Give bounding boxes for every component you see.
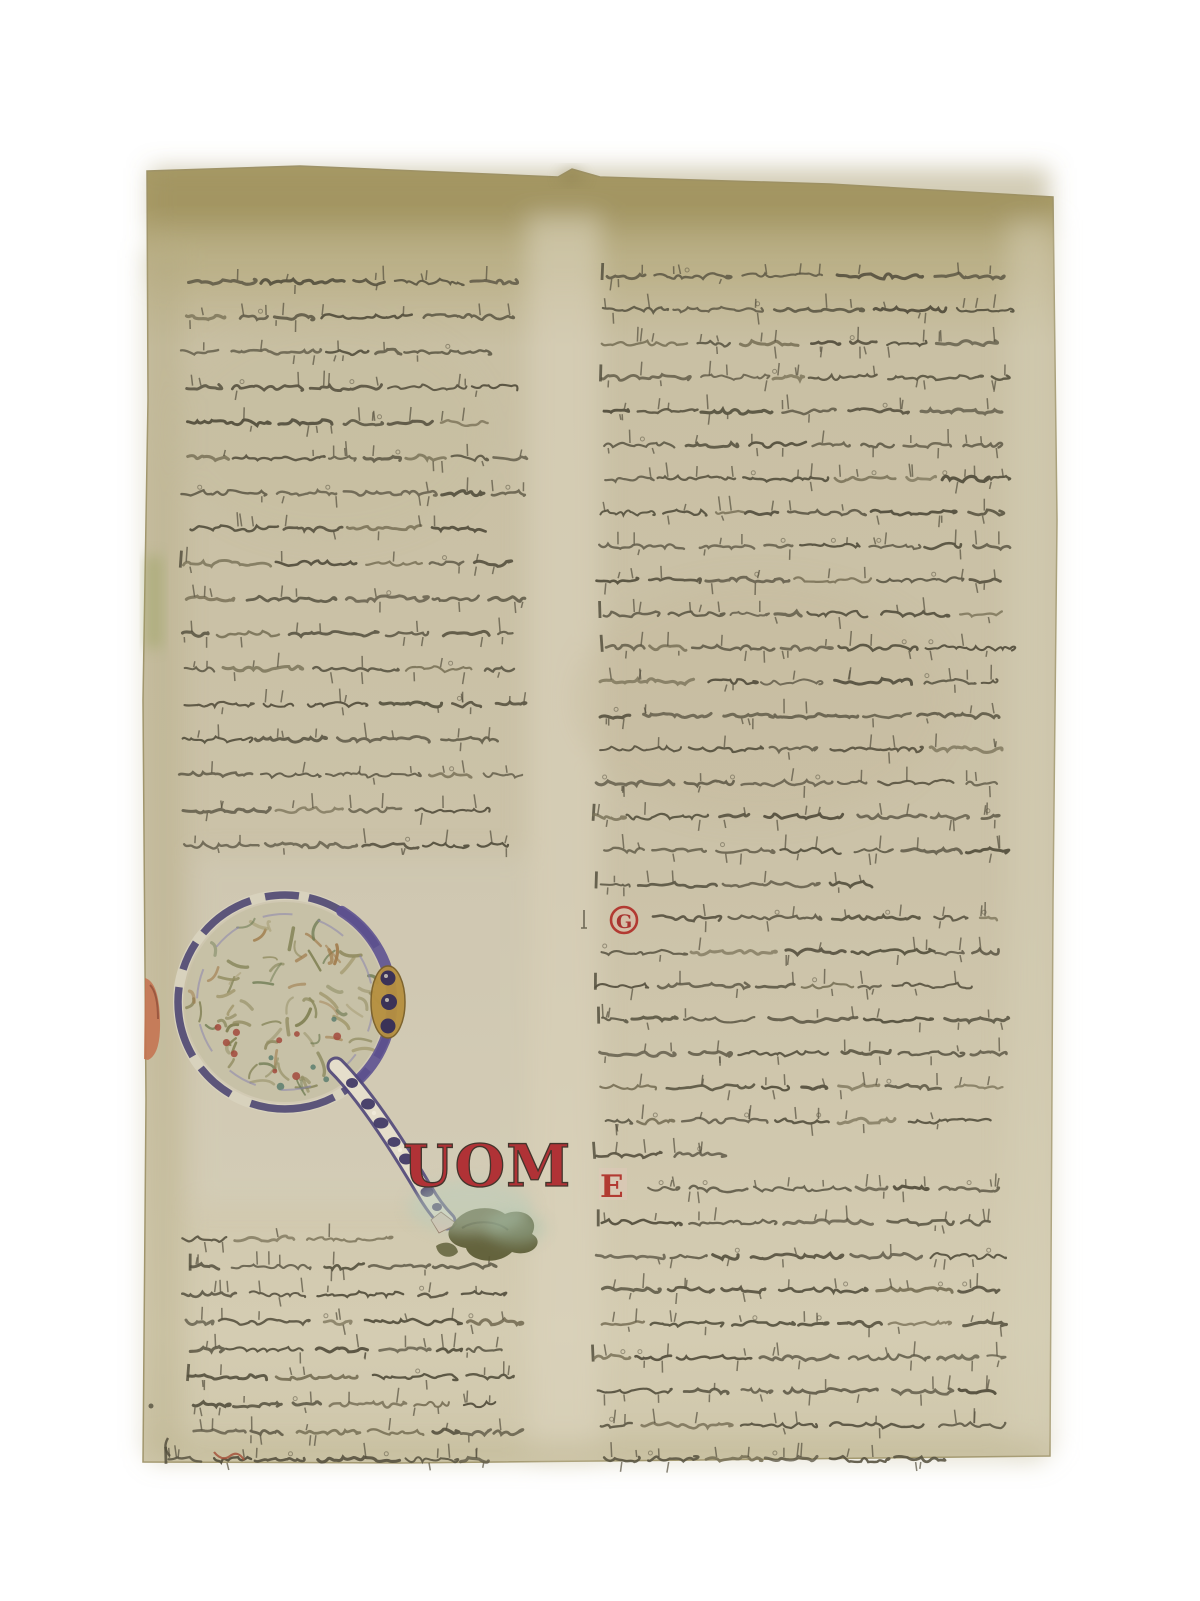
script-tick (426, 1380, 427, 1390)
foliage-red-berry (294, 1031, 300, 1037)
foliage-red-berry (233, 1029, 240, 1036)
script-tick (727, 365, 728, 376)
script-tick (227, 1463, 229, 1470)
script-tick (476, 1449, 477, 1458)
script-tick (257, 1251, 258, 1264)
script-capital (602, 263, 603, 280)
script-tick (777, 820, 778, 831)
script-tick (953, 820, 954, 831)
script-word (799, 1323, 829, 1326)
script-tick (921, 1394, 922, 1405)
script-tick (237, 512, 238, 526)
script-tick (411, 766, 412, 773)
script-capital (594, 1142, 595, 1159)
script-capital (601, 635, 602, 652)
script-tick (483, 1463, 484, 1468)
script-tick (283, 303, 284, 315)
script-tick (990, 266, 991, 275)
script-tick (458, 728, 459, 737)
script-tick (191, 621, 192, 632)
script-tick (778, 1056, 779, 1064)
script-tick (611, 1442, 612, 1457)
script-tick (974, 1411, 975, 1423)
script-tick (202, 1307, 203, 1320)
script-tick (960, 549, 961, 559)
script-tick (376, 273, 377, 280)
script-tick (704, 549, 705, 555)
script-tick (667, 1462, 669, 1473)
script-tick (186, 547, 187, 562)
rubric-green-patch-2 (486, 1212, 546, 1244)
script-tick (880, 1056, 881, 1065)
script-tick (438, 707, 439, 713)
script-tick (630, 430, 631, 443)
foliage-red-berry (292, 1072, 300, 1080)
script-tick (336, 1312, 337, 1320)
script-tick (924, 1176, 925, 1186)
script-tick (311, 1392, 312, 1403)
red-initial-plain: E (599, 1168, 627, 1205)
script-tick (973, 1259, 974, 1267)
script-tick (222, 707, 223, 714)
script-tick (643, 1273, 644, 1288)
script-tick (917, 837, 918, 848)
script-tick (941, 330, 942, 342)
script-tick (203, 1380, 204, 1387)
script-tick (871, 634, 872, 646)
script-tick (741, 854, 742, 865)
foliage-red-berry (223, 1039, 230, 1046)
script-tick (362, 672, 363, 684)
script-capital (180, 551, 181, 568)
script-tick (668, 1343, 669, 1355)
script-tick (990, 786, 991, 797)
script-tick (925, 313, 926, 324)
manuscript-photo: UOM G E (0, 0, 1200, 1601)
script-tick (297, 623, 298, 633)
script-tick (312, 793, 313, 808)
script-tick (676, 1293, 677, 1304)
script-tick (459, 602, 460, 612)
script-tick (865, 567, 866, 578)
script-tick (783, 1259, 784, 1267)
script-tick (621, 1462, 622, 1472)
script-tick (194, 1408, 195, 1415)
script-tick (846, 1110, 847, 1119)
script-tick (218, 724, 219, 737)
script-capital (187, 1364, 188, 1381)
script-tick (336, 496, 337, 507)
rubric-text: UOM (403, 1132, 571, 1200)
script-tick (966, 435, 967, 443)
script-tick (220, 1280, 221, 1292)
script-tick (977, 1273, 978, 1288)
script-tick (645, 802, 646, 815)
script-tick (660, 955, 661, 962)
script-tick (442, 461, 443, 473)
script-tick (1001, 1327, 1002, 1337)
script-tick (806, 701, 807, 713)
script-tick (605, 1056, 606, 1063)
script-tick (417, 621, 418, 632)
script-tick (900, 398, 901, 410)
script-tick (958, 1023, 959, 1030)
script-tick (215, 1334, 216, 1348)
script-tick (965, 469, 966, 477)
script-tick (717, 347, 718, 354)
foliage-teal-berry (331, 1017, 336, 1022)
script-tick (489, 727, 490, 737)
script-tick (256, 1448, 257, 1458)
script-tick (722, 635, 723, 646)
script-tick (889, 752, 890, 763)
script-tick (486, 266, 487, 280)
script-tick (212, 761, 213, 773)
script-tick (995, 1173, 996, 1186)
script-tick (789, 752, 790, 760)
script-tick (958, 263, 959, 275)
script-tick (373, 445, 374, 456)
script-tick (460, 743, 461, 752)
script-tick (686, 1280, 687, 1288)
script-tick (841, 1090, 842, 1099)
script-tick (761, 333, 762, 342)
initial-gold-clasp (371, 966, 405, 1038)
script-tick (316, 729, 317, 738)
script-tick (636, 1450, 637, 1457)
script-tick (737, 989, 738, 998)
red-initial-letter-2: E (600, 1169, 624, 1205)
script-word (894, 1186, 928, 1189)
script-tick (345, 448, 346, 456)
script-tick (608, 448, 609, 454)
script-tick (626, 651, 627, 659)
script-capital (593, 804, 594, 821)
script-tick (840, 465, 841, 477)
script-tick (343, 1270, 344, 1281)
script-tick (690, 602, 691, 612)
foliage-red-berry (231, 1050, 238, 1057)
script-tick (939, 516, 940, 528)
script-tick (328, 1286, 329, 1293)
script-tick (205, 586, 206, 597)
script-tick (284, 848, 285, 855)
script-tick (222, 1242, 223, 1253)
red-initial-letter-1: G (616, 911, 632, 933)
script-tick (801, 1443, 802, 1457)
left-edge-green-tinge (146, 556, 162, 648)
script-tick (331, 426, 332, 434)
script-tick (851, 299, 852, 308)
script-tick (241, 637, 242, 647)
script-tick (382, 793, 383, 808)
foliage-red-berry (333, 1033, 341, 1041)
script-tick (320, 623, 321, 632)
script-tick (604, 1212, 605, 1220)
script-tick (221, 1364, 222, 1375)
script-tick (637, 327, 638, 342)
script-tick (641, 362, 642, 376)
script-tick (515, 602, 516, 613)
script-tick (634, 599, 635, 612)
script-capital (592, 1345, 593, 1362)
script-tick (438, 1408, 439, 1414)
script-tick (227, 1281, 228, 1292)
foliage-stroke (287, 1019, 289, 1035)
script-tick (799, 1361, 800, 1370)
script-tick (668, 632, 669, 646)
script-tick (429, 1463, 430, 1471)
script-tick (661, 566, 662, 578)
script-tick (373, 412, 374, 421)
script-tick (724, 736, 725, 748)
script-tick (329, 373, 330, 386)
script-tick (809, 1394, 810, 1405)
script-tick (955, 530, 956, 545)
script-tick (607, 887, 608, 894)
script-tick (613, 313, 614, 324)
script-tick (636, 1308, 637, 1321)
script-tick (997, 1342, 998, 1356)
script-tick (912, 464, 913, 476)
script-tick (832, 989, 833, 996)
script-tick (343, 355, 344, 361)
script-tick (602, 1004, 603, 1018)
script-tick (467, 477, 468, 491)
manuscript-canvas: UOM G E (0, 0, 1200, 1601)
script-tick (981, 905, 982, 916)
script-tick (697, 466, 698, 477)
script-tick (846, 1206, 847, 1221)
script-tick (467, 444, 468, 456)
script-tick (748, 1447, 749, 1457)
script-word (784, 1220, 873, 1225)
script-tick (672, 870, 673, 882)
foliage-teal-berry (323, 1076, 329, 1082)
script-tick (359, 766, 360, 773)
script-tick (616, 1124, 617, 1135)
foliage-red-berry (272, 1069, 277, 1074)
script-tick (842, 504, 843, 510)
script-tick (640, 669, 641, 680)
script-tick (333, 1252, 334, 1265)
script-tick (605, 583, 606, 594)
foliage-red-berry (276, 1037, 282, 1043)
script-tick (298, 372, 299, 386)
script-tick (875, 854, 876, 864)
script-tick (628, 1327, 629, 1332)
script-tick (923, 330, 924, 342)
script-tick (981, 436, 982, 443)
script-tick (393, 552, 394, 562)
script-tick (826, 294, 827, 308)
script-tick (207, 1341, 208, 1348)
script-capital (596, 871, 597, 888)
script-tick (737, 1361, 738, 1372)
script-tick (506, 765, 507, 772)
script-tick (383, 266, 384, 280)
script-tick (671, 1043, 672, 1052)
script-tick (903, 1192, 904, 1203)
script-tick (994, 569, 995, 578)
script-tick (911, 1361, 912, 1371)
script-tick (798, 470, 799, 477)
script-tick (467, 1391, 468, 1403)
script-tick (624, 1394, 625, 1401)
script-tick (845, 909, 846, 916)
initial-bowl-fill (185, 902, 385, 1102)
foliage-teal-berry (269, 1055, 274, 1060)
script-tick (359, 407, 360, 421)
script-tick (872, 1445, 873, 1457)
script-tick (492, 480, 493, 491)
script-tick (757, 448, 758, 456)
script-tick (234, 672, 235, 681)
script-tick (847, 537, 848, 544)
script-tick (661, 380, 662, 386)
script-tick (340, 689, 341, 703)
script-tick (897, 955, 898, 965)
script-tick (916, 1462, 917, 1471)
script-tick (986, 651, 987, 657)
script-tick (793, 972, 794, 984)
script-tick (324, 371, 325, 386)
foliage-teal-berry (310, 1064, 315, 1069)
script-tick (898, 1327, 899, 1334)
script-tick (438, 1448, 439, 1457)
script-tick (764, 651, 765, 663)
script-tick (310, 1435, 311, 1445)
script-tick (785, 835, 786, 849)
script-tick (789, 1279, 790, 1288)
script-tick (936, 734, 937, 748)
script-tick (278, 728, 279, 737)
script-tick (426, 270, 427, 280)
script-tick (920, 1023, 921, 1033)
script-tick (976, 772, 977, 781)
script-tick (987, 1375, 988, 1389)
script-tick (920, 1462, 921, 1469)
script-tick (253, 660, 254, 667)
script-tick (784, 1074, 785, 1085)
foliage-red-berry (215, 1024, 222, 1031)
script-tick (376, 285, 377, 290)
script-tick (668, 403, 669, 410)
script-tick (707, 394, 708, 409)
script-tick (937, 1124, 938, 1129)
script-tick (826, 639, 827, 646)
script-tick (987, 398, 988, 409)
script-tick (316, 426, 317, 433)
script-tick (819, 264, 820, 274)
script-tick (433, 461, 434, 471)
script-tick (178, 1449, 179, 1458)
